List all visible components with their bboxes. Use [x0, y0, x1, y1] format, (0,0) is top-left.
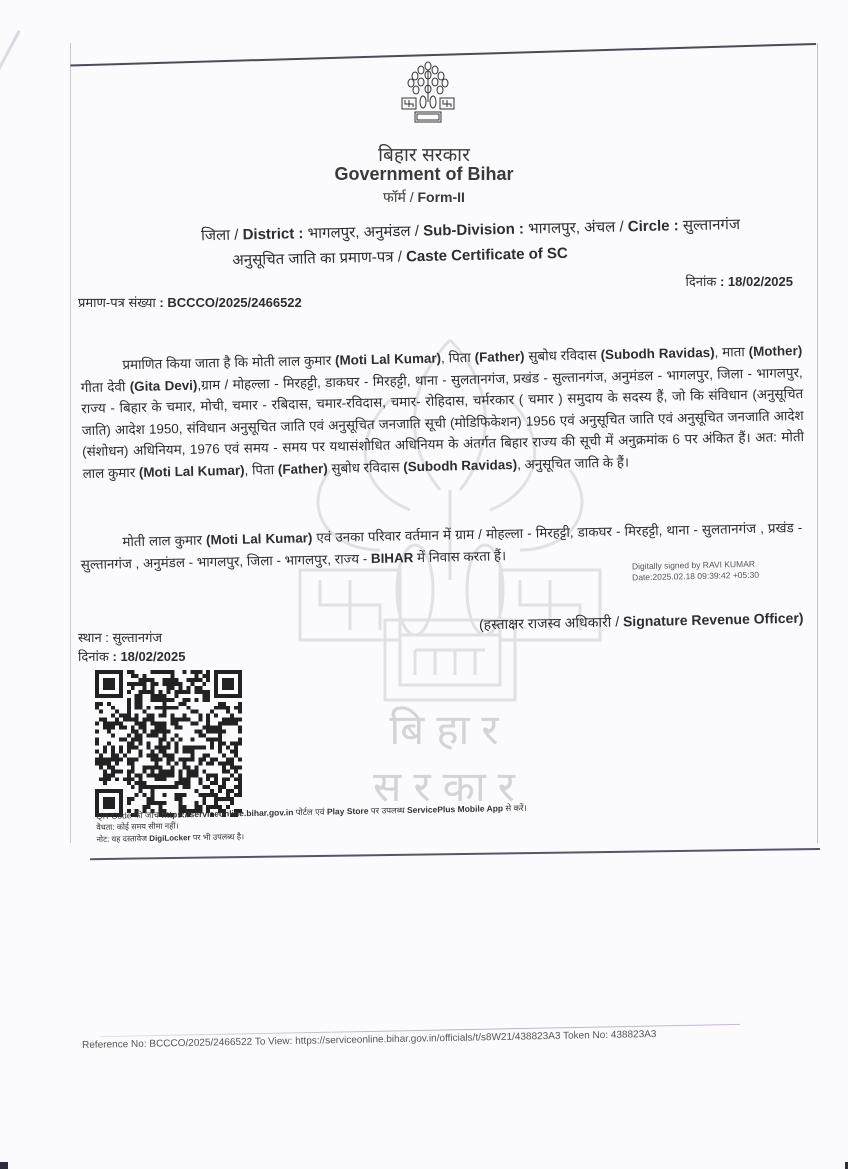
circle-label: Circle [628, 217, 670, 235]
qr-code-icon[interactable] [95, 670, 242, 817]
digilocker-label: DigiLocker [149, 833, 191, 843]
play-store-label: Play Store [327, 806, 369, 817]
qr-note-suffix: से करें। [503, 803, 527, 813]
district-label: District [242, 225, 294, 243]
title-english: Government of Bihar [0, 164, 848, 185]
certificate-paragraph-1: प्रमाणित किया जाता है कि मोती लाल कुमार … [80, 340, 805, 484]
footer-reference: Reference No: BCCCO/2025/2466522 To View… [82, 1029, 657, 1051]
place-date: दिनांक : 18/02/2025 [78, 647, 186, 665]
certificate-title-hindi: अनुसूचित जाति का प्रमाण-पत्र [232, 249, 394, 269]
scan-artifact-streak [0, 30, 21, 129]
digital-signature-stamp: Digitally signed by RAVI KUMAR Date:2025… [632, 559, 759, 584]
subdivision-label: Sub-Division [423, 221, 515, 240]
district-label-hindi: जिला [201, 227, 230, 245]
scan-edge-mark-left [0, 1162, 8, 1169]
digilocker-note-suffix: पर भी उपलब्ध है। [191, 832, 245, 842]
certificate-number-label: प्रमाण-पत्र संख्या [78, 295, 156, 310]
digilocker-note-prefix: नोट: यह दस्तावेज [96, 834, 149, 844]
place-value: सुल्तानगंज [113, 630, 163, 645]
certificate-number: प्रमाण-पत्र संख्या : BCCCO/2025/2466522 [78, 293, 302, 311]
place: स्थान : सुल्तानगंज [78, 628, 162, 646]
subdivision-value: भागलपुर, [528, 219, 580, 237]
circle-label-hindi: अंचल [584, 219, 616, 237]
form-label: फॉर्म / Form-II [0, 188, 848, 207]
place-date-label: दिनांक [78, 649, 109, 664]
watermark-text: बिहार सरकार [300, 700, 600, 814]
issue-date: दिनांक : 18/02/2025 [685, 272, 793, 290]
serviceplus-app-label: ServicePlus Mobile App [407, 803, 503, 815]
qr-note-mid2: पर उपलब्ध [368, 805, 407, 816]
paragraph-1-text: प्रमाणित किया जाता है कि मोती लाल कुमार … [81, 343, 805, 481]
form-label-english: Form-II [418, 189, 465, 205]
district-value: भागलपुर, [307, 224, 359, 242]
certificate-border-bottom [90, 848, 820, 860]
qr-note-mid: पोर्टल एवं [293, 807, 327, 818]
issue-date-label: दिनांक [685, 274, 716, 289]
place-label: स्थान [78, 630, 102, 645]
subdivision-label-hindi: अनुमंडल [363, 223, 410, 241]
place-date-value: 18/02/2025 [120, 649, 185, 664]
certificate-title-english: Caste Certificate of SC [406, 245, 568, 265]
signature-label-english: Signature Revenue Officer) [622, 610, 803, 630]
signature-label-hindi: (हस्ताक्षर राजस्व अधिकारी [478, 614, 611, 633]
verification-url[interactable]: https://serviceonline.bihar.gov.in [161, 807, 293, 820]
bihar-emblem-icon [397, 60, 459, 128]
issue-date-value: 18/02/2025 [728, 274, 793, 289]
circle-value: सुल्तानगंज [683, 216, 741, 234]
certificate-number-value: BCCCO/2025/2466522 [167, 295, 301, 310]
form-label-hindi: फॉर्म [383, 189, 406, 205]
qr-note-prefix: QR Code की जाँच [96, 810, 161, 821]
